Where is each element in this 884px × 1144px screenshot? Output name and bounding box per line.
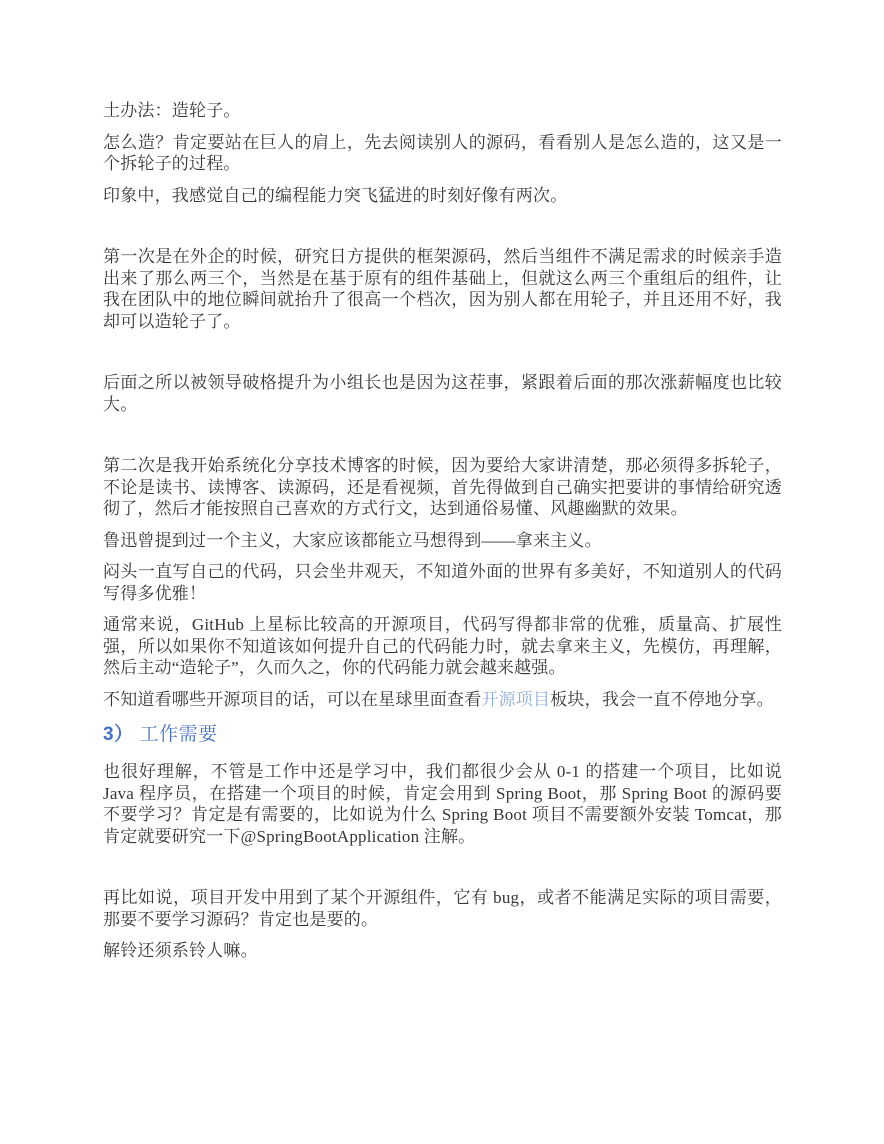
text-run: 第二次是我开始系统化分享技术博客的时候，因为要给大家讲清楚，那必须得多拆轮子，不… — [103, 456, 782, 518]
text-run: 后面之所以被领导破格提升为小组长也是因为这茬事，紧跟着后面的那次涨薪幅度也比较大… — [103, 373, 782, 414]
paragraph: 第一次是在外企的时候，研究日方提供的框架源码，然后当组件不满足需求的时候亲手造出… — [103, 246, 782, 332]
text-run: 第一次是在外企的时候，研究日方提供的框架源码，然后当组件不满足需求的时候亲手造出… — [103, 247, 782, 331]
paragraph: 印象中，我感觉自己的编程能力突飞猛进的时刻好像有两次。 — [103, 185, 782, 207]
paragraph: 鲁迅曾提到过一个主义，大家应该都能立马想得到——拿来主义。 — [103, 530, 782, 552]
paragraph: 再比如说，项目开发中用到了某个开源组件，它有 bug，或者不能满足实际的项目需要… — [103, 887, 782, 930]
paragraph: 闷头一直写自己的代码，只会坐井观天，不知道外面的世界有多美好，不知道别人的代码写… — [103, 561, 782, 604]
section-heading: 3）工作需要 — [103, 722, 782, 747]
paragraph: 土办法：造轮子。 — [103, 100, 782, 122]
paragraph: 怎么造？肯定要站在巨人的肩上，先去阅读别人的源码，看看别人是怎么造的，这又是一个… — [103, 132, 782, 175]
paragraph: 后面之所以被领导破格提升为小组长也是因为这茬事，紧跟着后面的那次涨薪幅度也比较大… — [103, 372, 782, 415]
inline-link[interactable]: 开源项目 — [481, 690, 550, 709]
heading-label: 工作需要 — [140, 724, 218, 745]
text-run: 不知道看哪些开源项目的话，可以在星球里面查看 — [103, 690, 481, 709]
text-run: 闷头一直写自己的代码，只会坐井观天，不知道外面的世界有多美好，不知道别人的代码写… — [103, 562, 782, 603]
paragraph: 第二次是我开始系统化分享技术博客的时候，因为要给大家讲清楚，那必须得多拆轮子，不… — [103, 455, 782, 520]
heading-number: 3） — [103, 724, 134, 745]
document-content: 土办法：造轮子。怎么造？肯定要站在巨人的肩上，先去阅读别人的源码，看看别人是怎么… — [103, 100, 782, 962]
text-run: 鲁迅曾提到过一个主义，大家应该都能立马想得到——拿来主义。 — [103, 531, 602, 550]
text-run: 再比如说，项目开发中用到了某个开源组件，它有 bug，或者不能满足实际的项目需要… — [103, 888, 782, 929]
paragraph: 通常来说，GitHub 上星标比较高的开源项目，代码写得都非常的优雅，质量高、扩… — [103, 614, 782, 679]
paragraph: 不知道看哪些开源项目的话，可以在星球里面查看开源项目板块，我会一直不停地分享。 — [103, 689, 782, 711]
text-run: 也很好理解，不管是工作中还是学习中，我们都很少会从 0-1 的搭建一个项目，比如… — [103, 762, 782, 846]
text-run: 板块，我会一直不停地分享。 — [550, 690, 774, 709]
text-run: 怎么造？肯定要站在巨人的肩上，先去阅读别人的源码，看看别人是怎么造的，这又是一个… — [103, 133, 782, 174]
text-run: 解铃还须系铃人嘛。 — [103, 941, 258, 960]
text-run: 土办法：造轮子。 — [103, 101, 241, 120]
paragraph: 解铃还须系铃人嘛。 — [103, 940, 782, 962]
text-run: 印象中，我感觉自己的编程能力突飞猛进的时刻好像有两次。 — [103, 186, 567, 205]
document-page: 土办法：造轮子。怎么造？肯定要站在巨人的肩上，先去阅读别人的源码，看看别人是怎么… — [0, 0, 884, 1144]
paragraph: 也很好理解，不管是工作中还是学习中，我们都很少会从 0-1 的搭建一个项目，比如… — [103, 761, 782, 847]
text-run: 通常来说，GitHub 上星标比较高的开源项目，代码写得都非常的优雅，质量高、扩… — [103, 615, 782, 677]
